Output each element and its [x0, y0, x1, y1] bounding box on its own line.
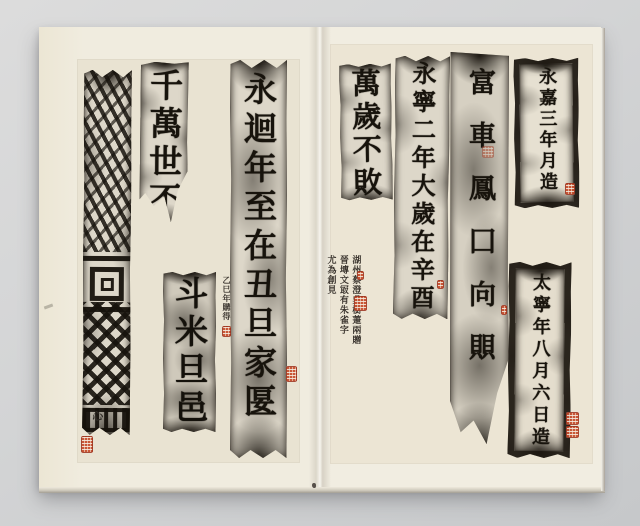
rubbing-strip-yonghe: 永迴年至在丑旦家匽	[230, 60, 287, 458]
red-collector-seal	[354, 296, 367, 311]
red-collector-seal	[566, 412, 579, 425]
rubbing-strip-taining: 太寧年八月六日造	[507, 262, 571, 458]
rubbing-characters: 永嘉三年月造	[533, 67, 560, 193]
striped-block-motif	[82, 408, 130, 432]
rubbing-characters: 太寧年八月六日造	[526, 273, 553, 449]
rubbing-characters: 萬歲不敗	[344, 68, 387, 201]
red-collector-seal-faint	[482, 146, 494, 158]
red-collector-seal	[286, 366, 297, 382]
rubbing-characters: 永迴年至在丑旦家匽	[235, 72, 282, 423]
book-gutter-crease	[309, 27, 331, 487]
cross-zigzag-pattern	[82, 302, 131, 405]
red-collector-seal	[222, 326, 231, 337]
pencil-mark	[44, 304, 53, 310]
red-collector-seal	[437, 280, 444, 289]
red-collector-seal	[566, 426, 579, 438]
left-page: 千萬世不 斗米旦邑 永迴年至在丑旦家匽 乙巳年購得 心	[39, 27, 319, 487]
rubbing-characters: 永寧二年大歲在辛酉	[403, 61, 440, 313]
red-collector-seal	[357, 271, 364, 280]
red-collector-seal	[81, 436, 93, 453]
red-collector-seal	[565, 183, 575, 195]
rubbing-strip-doumi: 斗米旦邑	[163, 272, 216, 432]
hui-square-inner	[100, 277, 113, 290]
open-album-book: 千萬世不 斗米旦邑 永迴年至在丑旦家匽 乙巳年購得 心 萬歲不敗	[39, 27, 601, 487]
rubbing-characters: 富車鳳囗向賏	[460, 68, 499, 386]
lattice-sticks-pattern	[83, 70, 132, 252]
right-page: 萬歲不敗 永寧二年大歲在辛酉 富車鳳囗向賏 永嘉三年月造 太寧年八月六日造 湖州…	[319, 27, 601, 487]
rubbing-characters: 斗米旦邑	[166, 276, 213, 428]
backdrop: 千萬世不 斗米旦邑 永迴年至在丑旦家匽 乙巳年購得 心 萬歲不敗	[0, 0, 640, 526]
rubbing-strip-geometric-pattern	[82, 70, 132, 435]
colophon-column: 晉塼文冣有朱雀字	[337, 255, 346, 357]
red-collector-seal	[501, 305, 507, 315]
purchase-annotation: 乙巳年購得	[222, 276, 230, 321]
hui-square-outer	[90, 267, 124, 301]
page-edge-right	[601, 28, 605, 491]
page-edge-bottom	[39, 487, 605, 493]
rubbing-strip-wansui: 萬歲不敗	[339, 64, 393, 201]
gutter-speck	[312, 483, 316, 488]
